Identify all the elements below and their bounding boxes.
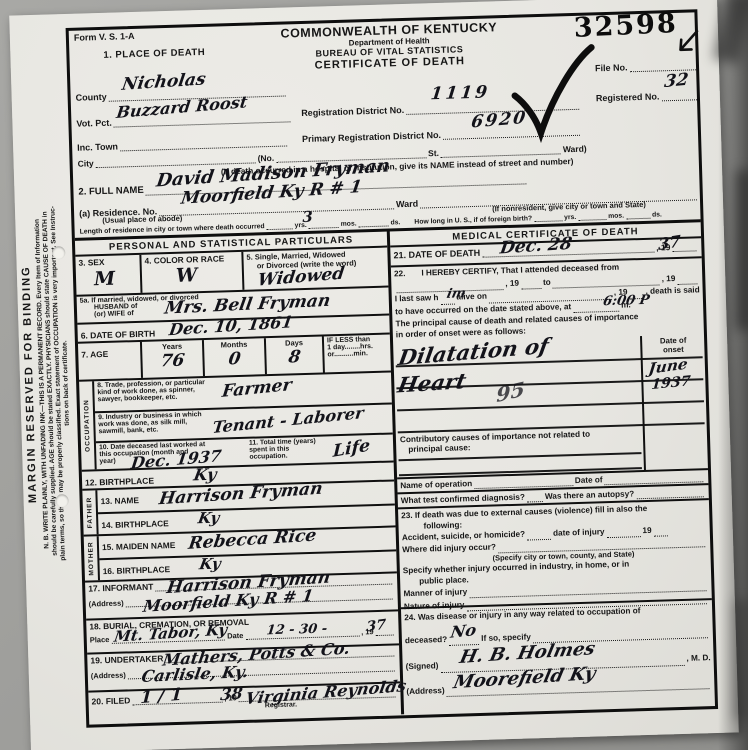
sex-value: M: [94, 268, 116, 291]
burial-place-label: Place: [90, 635, 110, 645]
external-causes-block: 23. If death was due to external causes …: [398, 498, 712, 607]
age-label: 7. AGE: [81, 349, 108, 360]
fill-line: [653, 527, 667, 536]
fill-line: [527, 493, 543, 502]
fill-line: [266, 220, 292, 230]
ward-label: Ward: [396, 199, 418, 210]
comma-19-label: , 19: [661, 273, 675, 286]
occupation-related-label: 24. Was disease or injury in any way rel…: [404, 605, 641, 625]
certify-number: 22.: [394, 268, 406, 281]
arrow-mark-icon: [671, 26, 702, 57]
fill-line: [606, 528, 640, 538]
age-days-value: 8: [268, 347, 321, 369]
registered-no-label: Registered No.: [596, 91, 660, 103]
cause-of-death-line2: Heart: [396, 368, 469, 398]
medical-certificate-section: MEDICAL CERTIFICATE OF DEATH 21. DATE OF…: [387, 222, 715, 714]
date-of-death-year: 37: [658, 231, 681, 254]
full-name-label: 2. FULL NAME: [78, 185, 144, 198]
comma-19-label: , 19: [505, 277, 519, 290]
date-of-label: Date of: [575, 474, 603, 486]
inc-town-label: Inc. Town: [77, 141, 118, 152]
birthplace-label: 12. BIRTHPLACE: [85, 476, 154, 488]
fill-line: [527, 531, 551, 541]
fill-line: [309, 219, 339, 229]
md-label: , M. D.: [686, 652, 710, 665]
form-header: Form V. S. 1-A 1. PLACE OF DEATH County …: [69, 12, 701, 237]
occupation-related-block: 24. Was disease or injury in any way rel…: [401, 598, 715, 714]
burial-date-label: Date: [227, 631, 244, 640]
informant-label: 17. INFORMANT: [88, 582, 153, 594]
form-number: Form V. S. 1-A: [74, 31, 135, 43]
burial-date-value: 12 - 30 -: [266, 621, 328, 638]
city-label: City: [77, 158, 93, 168]
ifless-label3: or..........min.: [327, 350, 387, 359]
birthplace-value: Ky: [192, 465, 218, 485]
fill-line: [661, 91, 697, 101]
scan-artifact: [736, 170, 748, 330]
cause-code: 95: [496, 377, 525, 407]
certificate-form: Form V. S. 1-A 1. PLACE OF DEATH County …: [66, 9, 718, 727]
undertaker-address-label: (Address): [91, 670, 126, 680]
age-months-value: 0: [206, 348, 263, 370]
19-label: 19: [642, 525, 651, 537]
mother-birthplace-label: 16. BIRTHPLACE: [103, 564, 171, 576]
fill-line: [534, 212, 562, 222]
father-vertical-label: FATHER: [86, 497, 94, 529]
primary-district-label: Primary Registration District No.: [302, 130, 441, 144]
registrar-label: Registrar.: [265, 701, 297, 709]
personal-particulars-section: PERSONAL AND STATISTICAL PARTICULARS 3. …: [75, 232, 401, 724]
city-no-label: (No.: [257, 153, 274, 163]
city-st-label: St.: [428, 148, 439, 158]
related-answer-value: No: [450, 624, 477, 639]
length-residence-value: 3: [302, 208, 313, 226]
fill-line: [578, 211, 606, 221]
ds-label: ds.: [652, 211, 662, 218]
ds-label: ds.: [390, 219, 400, 226]
mos-label: mos.: [341, 220, 357, 227]
father-birthplace-label: 14. BIRTHPLACE: [101, 518, 169, 530]
him-handwritten: im: [445, 288, 466, 301]
to-label: to: [543, 276, 551, 289]
sex-label: 3. SEX: [78, 256, 136, 268]
injury-date-label: date of injury: [553, 526, 605, 540]
filed-year-value: 38: [219, 683, 243, 704]
father-birthplace-value: Ky: [197, 509, 221, 528]
precinct-label: Vot. Pct.: [76, 118, 112, 129]
burial-year-value: 37: [366, 617, 386, 636]
filed-label: 20. FILED: [91, 695, 130, 706]
scan-background: MARGIN RESERVED FOR BINDING N. B. WRITE …: [0, 0, 748, 750]
mos-label: mos.: [608, 213, 624, 220]
operation-label: Name of operation: [400, 478, 472, 491]
us-residence-label: How long in U. S., if of foreign birth?: [414, 215, 532, 225]
fill-line: [358, 218, 388, 228]
yrs-label: yrs.: [564, 214, 576, 221]
date-of-onset-box: Date of onset June 1937: [640, 334, 708, 470]
undertaker-address-value: Carlisle, Ky.: [140, 662, 250, 686]
occupation-vertical-label: OCCUPATION: [83, 399, 92, 452]
filed-date-value: 1 / 1: [140, 685, 183, 708]
father-name-label: 13. NAME: [101, 495, 140, 506]
mother-vertical-label: MOTHER: [87, 541, 95, 575]
mother-name-label: 15. MAIDEN NAME: [102, 540, 176, 552]
mother-birthplace-value: Ky: [198, 555, 222, 574]
onset-year-value: 1937: [651, 373, 691, 393]
physician-address-label: (Address): [406, 685, 445, 699]
time-of-death-value: 6:00 P: [602, 294, 651, 308]
city-ward-label: Ward): [563, 144, 587, 155]
undertaker-label: 19. UNDERTAKER: [90, 653, 163, 665]
age-years-value: 76: [144, 350, 201, 372]
place-of-death-heading: 1. PLACE OF DEATH: [103, 47, 205, 61]
registration-district-label: Registration District No.: [301, 105, 404, 118]
color-race-value: W: [176, 264, 198, 287]
certificate-number-stamp: 32598: [573, 8, 678, 44]
registered-no-value: 32: [663, 70, 689, 92]
file-no-label: File No.: [595, 62, 628, 73]
date-of-death-label: 21. DATE OF DEATH: [393, 248, 480, 261]
death-certificate-paper: MARGIN RESERVED FOR BINDING N. B. WRITE …: [9, 0, 739, 750]
certify-block: 22.I HEREBY CERTIFY, That I attended dec…: [391, 256, 704, 343]
informant-address-label: (Address): [89, 599, 124, 609]
check-mark: [507, 43, 598, 144]
fill-line: [120, 137, 287, 151]
county-label: County: [76, 92, 107, 103]
onset-label2: onset: [642, 345, 704, 355]
signed-label: (Signed): [406, 660, 439, 673]
registration-district-value: 1119: [430, 82, 492, 104]
occupation-block: OCCUPATION 8. Trade, profession, or part…: [79, 370, 394, 469]
deceased-label: deceased?: [405, 633, 448, 647]
fill-line: [626, 210, 650, 220]
causes-block: Date of onset June 1937 Dilatation of He…: [393, 334, 708, 477]
